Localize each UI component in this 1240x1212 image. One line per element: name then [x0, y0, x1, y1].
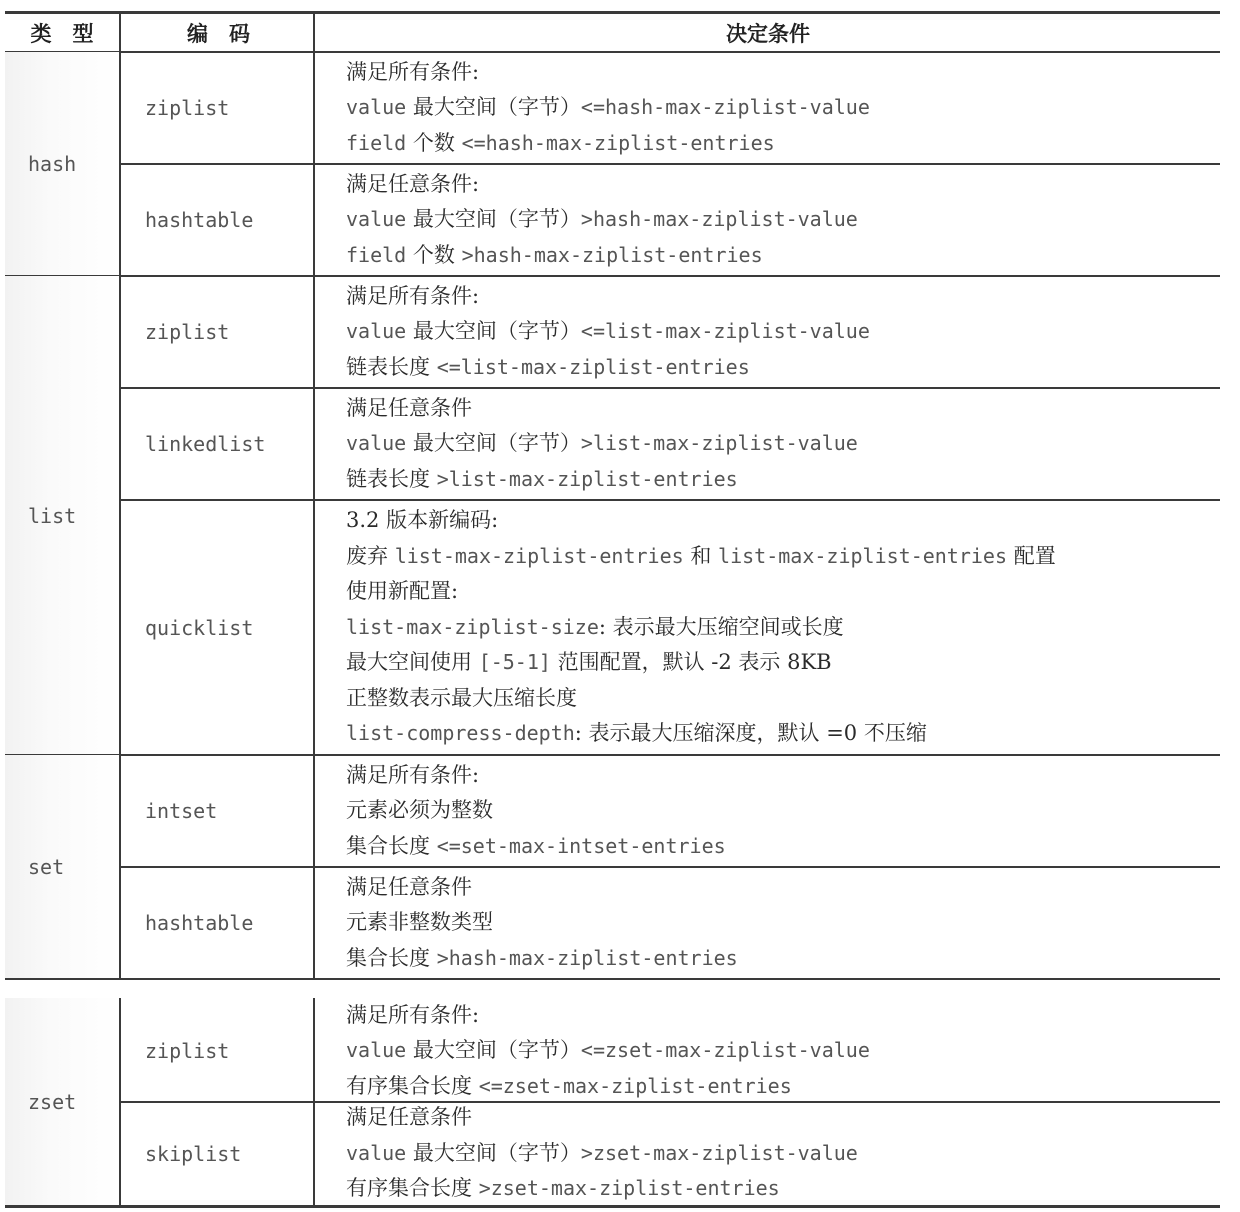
column-divider: [313, 998, 315, 1205]
condition-line: value 最大空间（字节）<=zset-max-ziplist-value: [346, 1033, 1216, 1069]
table-bottom-rule: [5, 1205, 1220, 1208]
condition-text: 满足所有条件:: [346, 1003, 479, 1027]
condition-text: 元素非整数类型: [346, 910, 493, 934]
condition-text: 范围配置，默认 -2 表示 8KB: [551, 650, 832, 674]
config-token: list-max-ziplist-entries: [718, 544, 1007, 568]
condition-cell: 满足任意条件value 最大空间（字节）>zset-max-ziplist-va…: [316, 1102, 1216, 1205]
encoding-cell: skiplist: [122, 1102, 315, 1205]
encoding-conditions-table: 类 型 编 码 决定条件 hashziplist满足所有条件:value 最大空…: [5, 0, 1220, 1212]
config-token: <=zset-max-ziplist-value: [581, 1038, 870, 1062]
condition-line: 废弃 list-max-ziplist-entries 和 list-max-z…: [346, 539, 1216, 575]
encoding-cell: ziplist: [122, 52, 315, 164]
condition-line: 集合长度 <=set-max-intset-entries: [346, 829, 1216, 865]
condition-text: 个数: [406, 243, 461, 267]
condition-text: 最大空间（字节）: [406, 95, 581, 119]
config-token: >list-max-ziplist-entries: [437, 467, 738, 491]
condition-cell: 3.2 版本新编码:废弃 list-max-ziplist-entries 和 …: [316, 500, 1216, 755]
condition-line: 链表长度 <=list-max-ziplist-entries: [346, 350, 1216, 386]
condition-line: 集合长度 >hash-max-ziplist-entries: [346, 941, 1216, 977]
condition-line: value 最大空间（字节）<=hash-max-ziplist-value: [346, 90, 1216, 126]
encoding-cell: intset: [122, 755, 315, 867]
encoding-cell: quicklist: [122, 500, 315, 755]
config-token: >hash-max-ziplist-entries: [437, 946, 738, 970]
condition-text: 满足任意条件:: [346, 172, 479, 196]
config-token: <=list-max-ziplist-value: [581, 319, 870, 343]
config-token: list-max-ziplist-size: [346, 615, 599, 639]
config-token: >zset-max-ziplist-value: [581, 1141, 858, 1165]
header-type: 类 型: [5, 14, 119, 52]
condition-cell: 满足所有条件:元素必须为整数集合长度 <=set-max-intset-entr…: [316, 755, 1216, 867]
condition-line: value 最大空间（字节）>zset-max-ziplist-value: [346, 1136, 1216, 1172]
condition-line: list-compress-depth: 表示最大压缩深度，默认 =0 不压缩: [346, 716, 1216, 752]
table-top-rule: [5, 11, 1220, 14]
condition-text: 有序集合长度: [346, 1176, 479, 1200]
condition-line: 满足任意条件:: [346, 167, 1216, 203]
condition-text: 和: [684, 544, 718, 568]
condition-cell: 满足任意条件元素非整数类型集合长度 >hash-max-ziplist-entr…: [316, 867, 1216, 979]
condition-text: 最大空间（字节）: [406, 1038, 581, 1062]
condition-line: 链表长度 >list-max-ziplist-entries: [346, 462, 1216, 498]
type-cell-set: set: [5, 755, 119, 979]
condition-line: list-max-ziplist-size: 表示最大压缩空间或长度: [346, 610, 1216, 646]
condition-text: 配置: [1007, 544, 1056, 568]
encoding-cell: ziplist: [122, 276, 315, 388]
condition-text: 最大空间（字节）: [406, 207, 581, 231]
column-divider: [313, 12, 315, 52]
config-token: value: [346, 1141, 406, 1165]
config-token: value: [346, 207, 406, 231]
config-token: >hash-max-ziplist-entries: [462, 243, 763, 267]
condition-text: 最大空间（字节）: [406, 1141, 581, 1165]
condition-line: 有序集合长度 >zset-max-ziplist-entries: [346, 1171, 1216, 1207]
condition-line: 最大空间使用 [-5-1] 范围配置，默认 -2 表示 8KB: [346, 645, 1216, 681]
config-token: list-compress-depth: [346, 721, 575, 745]
condition-cell: 满足任意条件value 最大空间（字节）>list-max-ziplist-va…: [316, 388, 1216, 500]
config-token: field: [346, 243, 406, 267]
condition-text: : 表示最大压缩空间或长度: [599, 615, 844, 639]
column-divider: [119, 12, 121, 52]
config-token: value: [346, 95, 406, 119]
condition-text: 集合长度: [346, 834, 437, 858]
condition-text: 满足任意条件: [346, 396, 472, 420]
condition-line: 有序集合长度 <=zset-max-ziplist-entries: [346, 1069, 1216, 1105]
condition-text: 最大空间（字节）: [406, 431, 581, 455]
config-token: <=set-max-intset-entries: [437, 834, 726, 858]
condition-text: 正整数表示最大压缩长度: [346, 686, 577, 710]
config-token: value: [346, 431, 406, 455]
condition-text: 最大空间（字节）: [406, 319, 581, 343]
condition-line: 满足任意条件: [346, 391, 1216, 427]
condition-text: 3.2 版本新编码:: [346, 508, 498, 532]
condition-line: 正整数表示最大压缩长度: [346, 681, 1216, 717]
config-token: >hash-max-ziplist-value: [581, 207, 858, 231]
condition-line: 满足所有条件:: [346, 998, 1216, 1034]
condition-line: value 最大空间（字节）>list-max-ziplist-value: [346, 426, 1216, 462]
condition-text: : 表示最大压缩深度，默认 =0 不压缩: [575, 721, 927, 745]
condition-text: 集合长度: [346, 946, 437, 970]
condition-line: field 个数 <=hash-max-ziplist-entries: [346, 126, 1216, 162]
condition-line: 满足任意条件: [346, 1100, 1216, 1136]
condition-line: 元素必须为整数: [346, 793, 1216, 829]
config-token: >zset-max-ziplist-entries: [479, 1176, 780, 1200]
config-token: <=hash-max-ziplist-value: [581, 95, 870, 119]
condition-line: 3.2 版本新编码:: [346, 503, 1216, 539]
column-divider: [119, 998, 121, 1205]
condition-text: 个数: [406, 131, 461, 155]
encoding-cell: hashtable: [122, 867, 315, 979]
header-condition: 决定条件: [316, 14, 1220, 52]
column-divider: [313, 755, 315, 979]
condition-cell: 满足所有条件:value 最大空间（字节）<=zset-max-ziplist-…: [316, 1000, 1216, 1102]
column-divider: [119, 276, 121, 755]
condition-line: 满足所有条件:: [346, 55, 1216, 91]
config-token: value: [346, 319, 406, 343]
condition-cell: 满足所有条件:value 最大空间（字节）<=hash-max-ziplist-…: [316, 52, 1216, 164]
condition-line: value 最大空间（字节）>hash-max-ziplist-value: [346, 202, 1216, 238]
condition-line: 满足所有条件:: [346, 758, 1216, 794]
encoding-cell: hashtable: [122, 164, 315, 276]
type-cell-hash: hash: [5, 52, 119, 276]
condition-text: 满足所有条件:: [346, 763, 479, 787]
condition-line: 元素非整数类型: [346, 905, 1216, 941]
config-token: [-5-1]: [479, 650, 551, 674]
condition-line: 满足所有条件:: [346, 279, 1216, 315]
condition-text: 满足任意条件: [346, 875, 472, 899]
condition-line: field 个数 >hash-max-ziplist-entries: [346, 238, 1216, 274]
condition-line: 使用新配置:: [346, 574, 1216, 610]
column-divider: [313, 276, 315, 755]
condition-cell: 满足所有条件:value 最大空间（字节）<=list-max-ziplist-…: [316, 276, 1216, 388]
condition-line: 满足任意条件: [346, 870, 1216, 906]
encoding-cell: ziplist: [122, 1000, 315, 1102]
condition-text: 使用新配置:: [346, 579, 458, 603]
column-divider: [119, 755, 121, 979]
condition-text: 满足所有条件:: [346, 284, 479, 308]
config-token: <=hash-max-ziplist-entries: [462, 131, 775, 155]
condition-cell: 满足任意条件:value 最大空间（字节）>hash-max-ziplist-v…: [316, 164, 1216, 276]
column-divider: [119, 52, 121, 276]
condition-text: 链表长度: [346, 467, 437, 491]
config-token: <=zset-max-ziplist-entries: [479, 1074, 792, 1098]
condition-text: 废弃: [346, 544, 395, 568]
condition-text: 满足所有条件:: [346, 60, 479, 84]
group-divider: [5, 978, 1220, 980]
type-cell-zset: zset: [5, 998, 119, 1205]
config-token: value: [346, 1038, 406, 1062]
config-token: >list-max-ziplist-value: [581, 431, 858, 455]
column-divider: [313, 52, 315, 276]
condition-text: 链表长度: [346, 355, 437, 379]
condition-text: 有序集合长度: [346, 1074, 479, 1098]
condition-text: 满足任意条件: [346, 1105, 472, 1129]
config-token: <=list-max-ziplist-entries: [437, 355, 750, 379]
header-encoding: 编 码: [122, 14, 315, 52]
condition-text: 元素必须为整数: [346, 798, 493, 822]
condition-text: 最大空间使用: [346, 650, 479, 674]
config-token: field: [346, 131, 406, 155]
type-cell-list: list: [5, 276, 119, 755]
encoding-cell: linkedlist: [122, 388, 315, 500]
config-token: list-max-ziplist-entries: [395, 544, 684, 568]
condition-line: value 最大空间（字节）<=list-max-ziplist-value: [346, 314, 1216, 350]
